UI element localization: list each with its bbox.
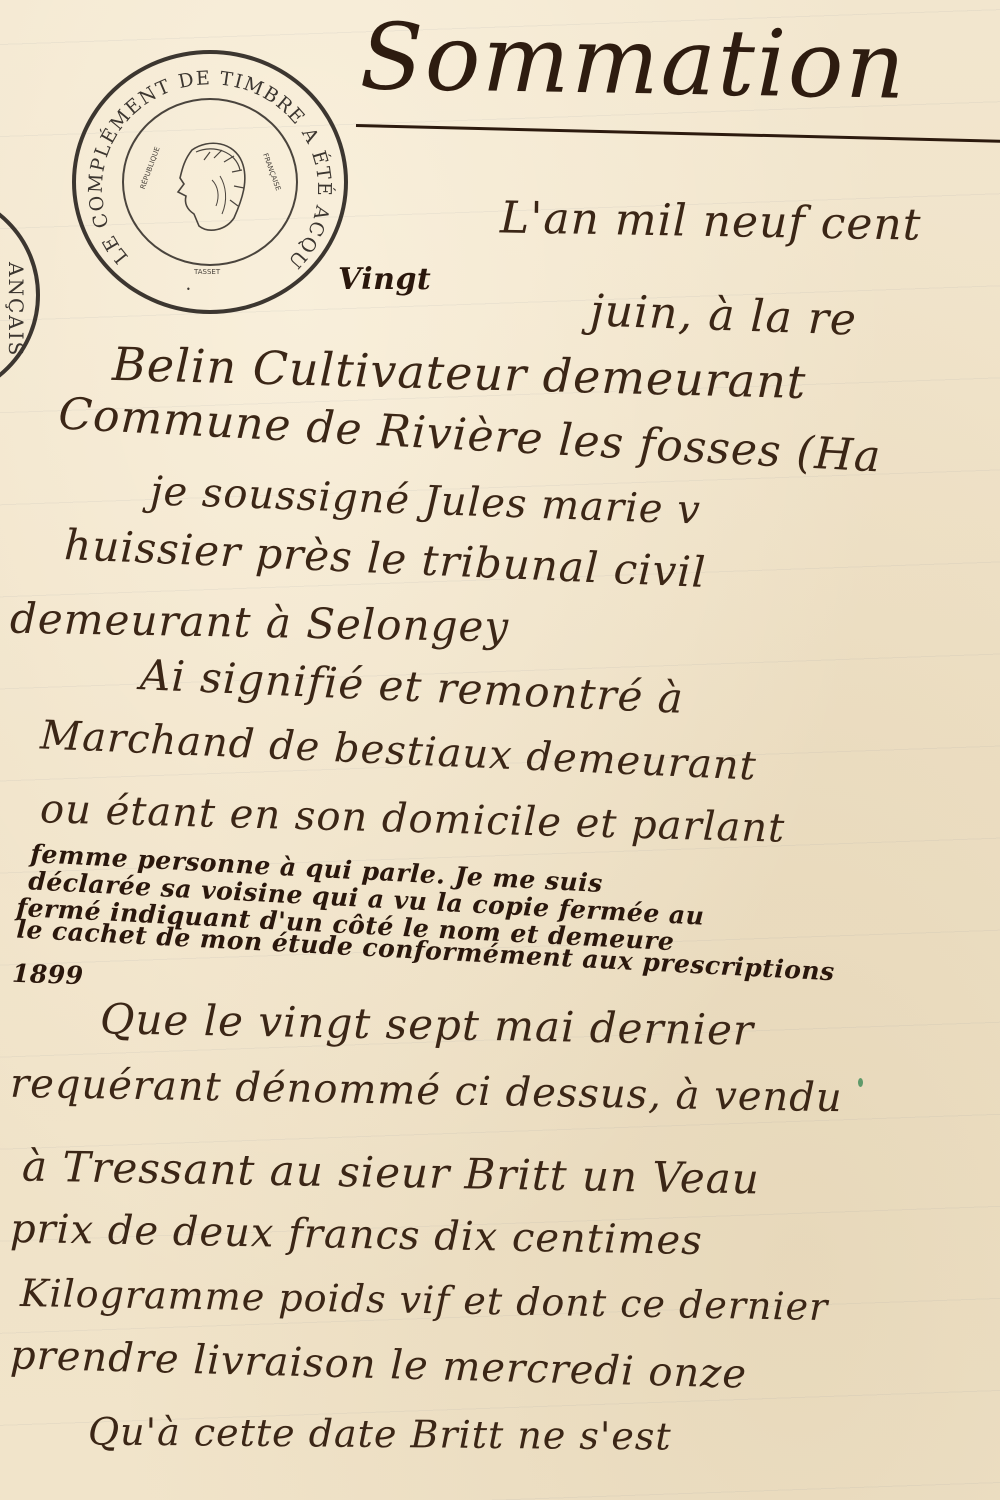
body-line-7: demeurant à Selongey	[10, 594, 510, 652]
seal-inner-text-right: FRANÇAISE	[261, 152, 282, 192]
annotation-line-5: 1899	[12, 959, 85, 990]
seal-engraver-mark: TASSET	[194, 268, 220, 276]
svg-text:•: •	[186, 285, 191, 294]
marianne-head-icon	[154, 130, 264, 240]
body2-line-7: Qu'à cette date Britt ne s'est	[88, 1409, 672, 1458]
stamp-seal: LE COMPLÉMENT DE TIMBRE A ÉTÉ ACQUITTÉ •…	[72, 50, 348, 314]
document-title: Sommation	[359, 3, 908, 120]
seal-inner-medallion: RÉPUBLIQUE FRANÇAISE	[122, 98, 298, 266]
partial-seal-text: ANÇAIS	[4, 262, 28, 357]
body-line-1: L'an mil neuf cent	[500, 192, 922, 250]
interlinear-insert: Vingt	[338, 262, 431, 297]
body-line-2: juin, à la re	[589, 285, 858, 345]
ink-spot	[858, 1078, 863, 1087]
